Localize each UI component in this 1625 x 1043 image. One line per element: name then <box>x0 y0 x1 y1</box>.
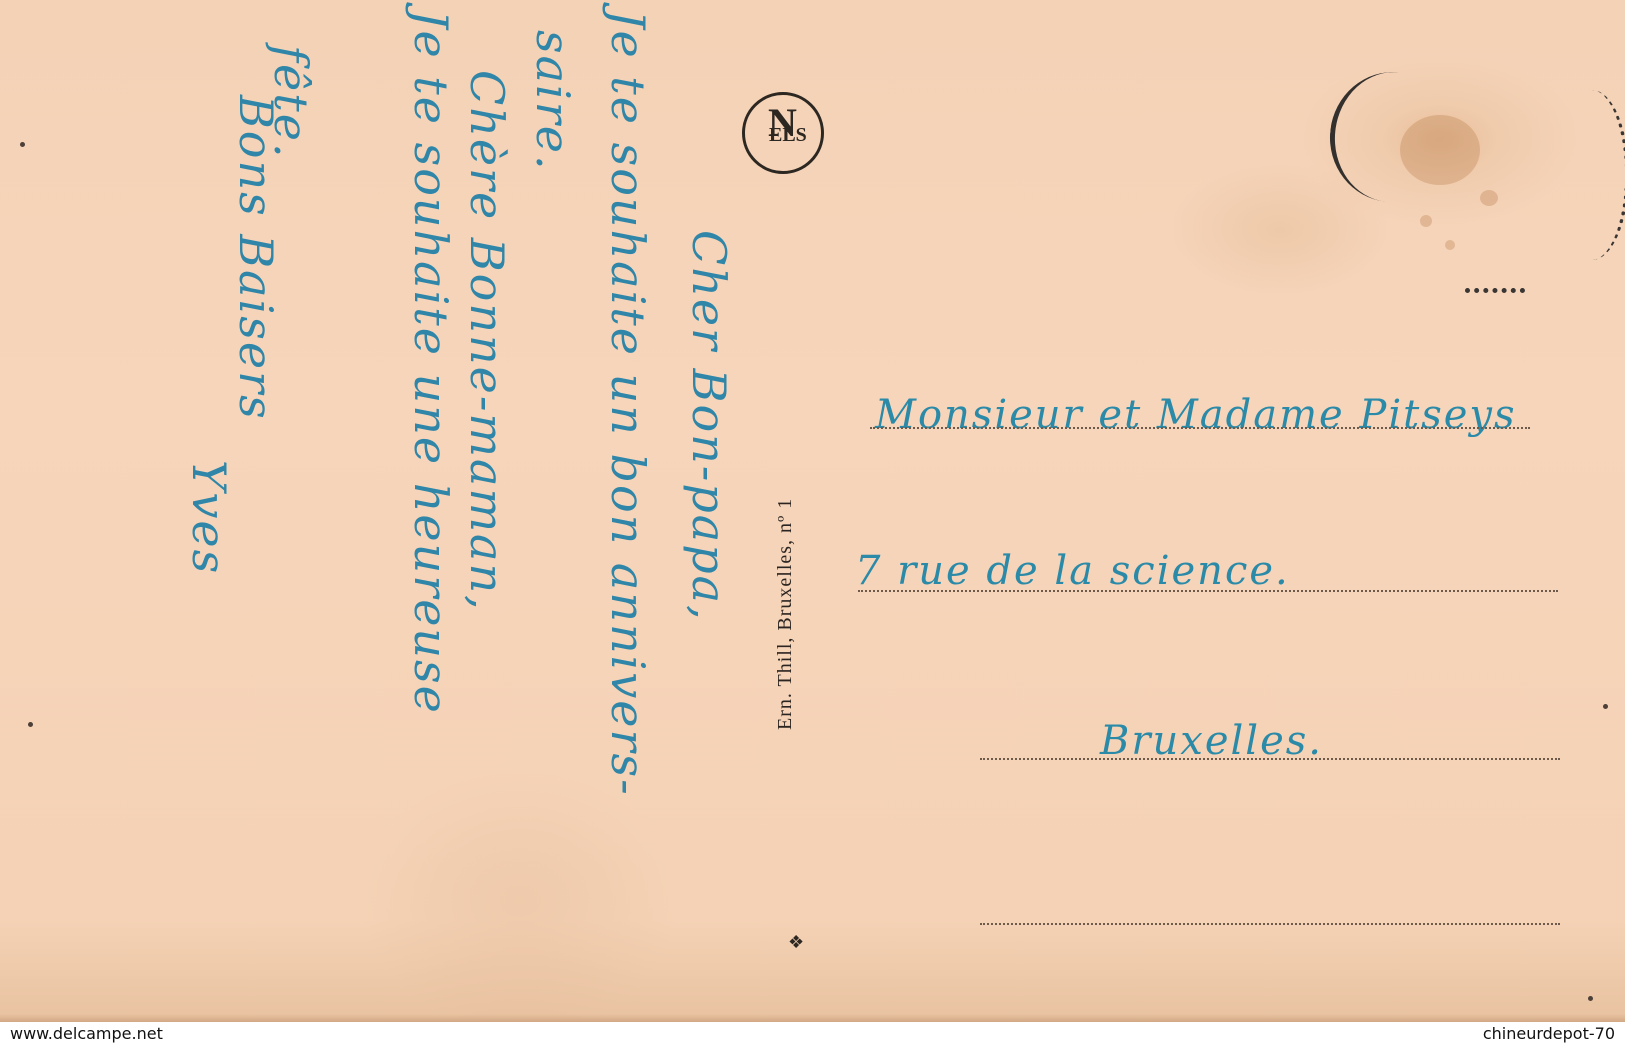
pinhole <box>1588 996 1593 1001</box>
postmark-arc-icon <box>1324 66 1462 208</box>
address-dotted-line <box>980 758 1560 760</box>
address-dotted-line <box>858 590 1558 592</box>
stain <box>1480 190 1498 206</box>
message-line: Je te souhaite une heureuse <box>404 10 458 715</box>
signature: Yves <box>182 460 236 575</box>
message-line: Je te souhaite un bon annivers- <box>601 10 655 797</box>
address-dotted-line-empty <box>980 923 1560 925</box>
postcard-back: N ELS Ern. Thill, Bruxelles, nº 1 ❖ Cher… <box>0 0 1625 1022</box>
stain <box>1445 240 1455 250</box>
message-line: Bons Baisers <box>229 95 283 421</box>
address-dotted-line <box>870 427 1530 429</box>
message-line: Chère Bonne-maman, <box>460 70 514 612</box>
nels-logo-icon: N ELS <box>742 92 824 174</box>
ornament-icon: ❖ <box>788 932 804 953</box>
pinhole <box>20 142 25 147</box>
address-street: 7 rue de la science. <box>855 548 1290 594</box>
publisher-imprint: Ern. Thill, Bruxelles, nº 1 <box>774 498 797 730</box>
pinhole <box>1603 704 1608 709</box>
message-line: Cher Bon-papa, <box>682 230 736 622</box>
postmark-dots-icon <box>1555 90 1625 260</box>
stain <box>1420 215 1432 227</box>
address-recipient: Monsieur et Madame Pitseys <box>875 392 1517 438</box>
watermark-delcampe: www.delcampe.net <box>10 1024 163 1043</box>
watermark-seller: chineurdepot-70 <box>1483 1024 1615 1043</box>
message-line: saire. <box>526 30 580 172</box>
logo-letters-els: ELS <box>769 124 807 147</box>
pinhole <box>28 722 33 727</box>
postmark-dots-icon <box>1465 288 1525 293</box>
